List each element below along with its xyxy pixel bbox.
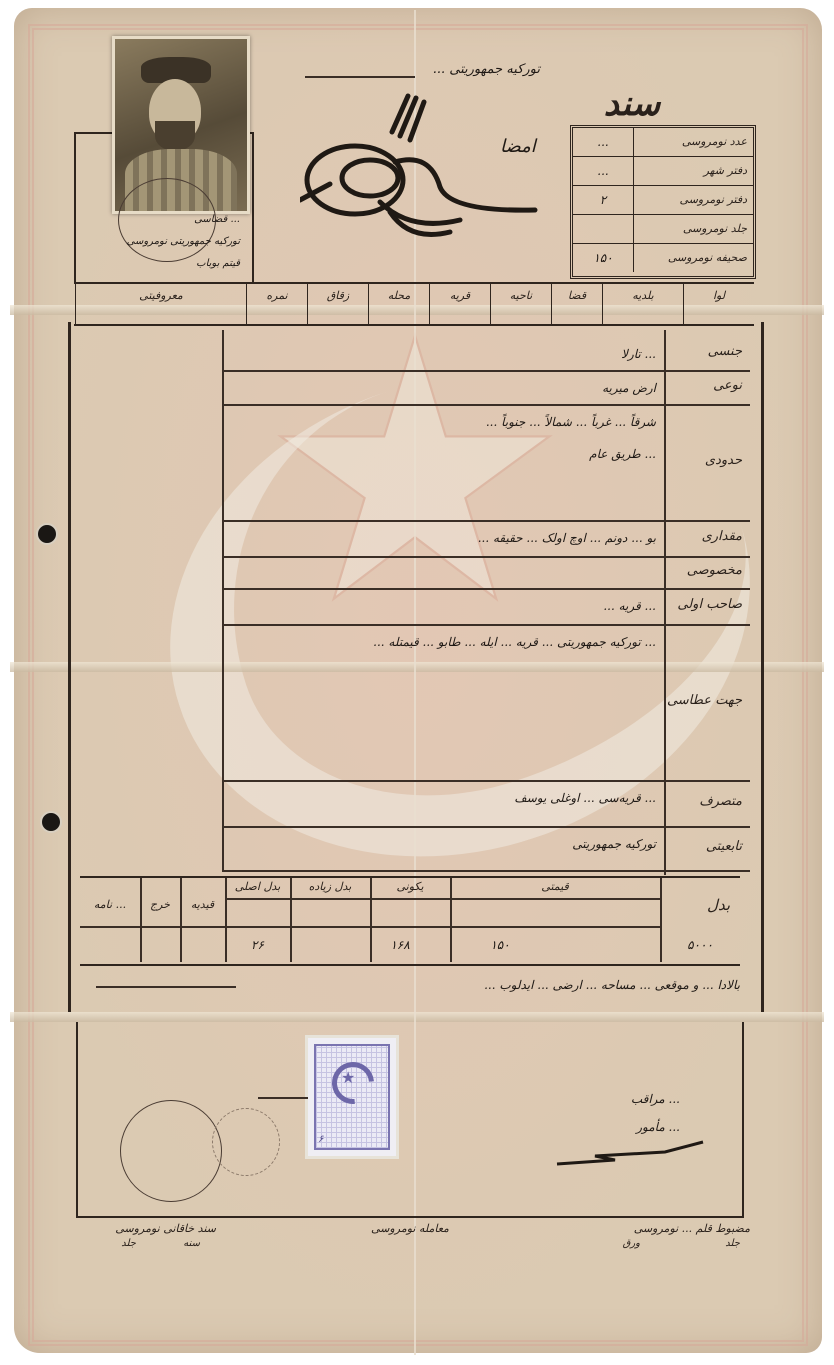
header-underline	[305, 76, 415, 78]
faded-seal	[212, 1108, 280, 1176]
field-row-divider	[222, 556, 750, 558]
location-header: نمره	[246, 284, 307, 324]
footer-center: معامله نومروسی	[360, 1222, 460, 1235]
fold-crease	[10, 1012, 824, 1022]
field-value: ارض میریه	[236, 378, 656, 398]
bedel-value: ۵۰۰۰	[670, 938, 730, 952]
registry-row: ...عدد نومروسی	[573, 128, 753, 157]
registry-row: ۱۵۰صحیفه نومروسی	[573, 244, 753, 272]
location-header: ناحیه	[490, 284, 551, 324]
footer-right: مضبوط قلم ... نومروسی	[580, 1222, 750, 1235]
punch-hole	[40, 811, 62, 833]
value-group-header: قیمتی	[450, 880, 660, 893]
registry-row: ...دفتر شهر	[573, 157, 753, 186]
field-row-divider	[222, 370, 750, 372]
harc-value: ۲۶	[225, 938, 290, 952]
location-header: قریه	[429, 284, 490, 324]
registry-row: ۲دفتر نومروسی	[573, 186, 753, 215]
location-header: معروفیتی	[75, 284, 246, 324]
frame-label-divider	[664, 330, 666, 875]
value-row-label: بدل	[670, 896, 730, 914]
location-header: قضا	[551, 284, 602, 324]
seal-placeholder-circle	[120, 1100, 222, 1202]
subheader-divider	[225, 898, 660, 900]
registry-value	[573, 215, 634, 243]
col-divider	[140, 878, 142, 962]
declaration-text: بالادا ... و موقعی ... مساحه ... ارضی ..…	[250, 978, 740, 992]
svg-text:امضا: امضا	[500, 136, 538, 157]
stamp-denomination: ۶	[318, 1134, 323, 1145]
punch-hole	[36, 523, 58, 545]
col-divider	[180, 878, 182, 962]
registry-label: صحیفه نومروسی	[634, 244, 753, 272]
field-label: متصرف	[672, 794, 742, 809]
revenue-stamp: ★ ۶	[305, 1035, 399, 1159]
field-row-divider	[222, 826, 750, 828]
col-divider	[290, 878, 292, 962]
registry-label: دفتر شهر	[634, 157, 753, 185]
stamp-cancel-line	[258, 1097, 308, 1099]
field-value: ... تارلا	[236, 344, 656, 364]
field-label: حدودی	[672, 453, 742, 468]
field-value: ... قریه‌سی ... اوغلی یوسف	[236, 788, 656, 808]
field-value: شرقاً ... غرباً ... شمالاً ... جنوباً ..…	[236, 412, 656, 432]
footer-left-sub-1: سنه	[160, 1238, 200, 1249]
field-value: ... قریه ...	[236, 596, 656, 616]
registry-value: ...	[573, 128, 634, 156]
footer-right-sub-1: جلد	[700, 1238, 740, 1249]
signature-line-2: ... مأمور	[560, 1120, 680, 1134]
asli-value: ۱۵۰	[450, 938, 550, 952]
field-value: ... تورکیه جمهوریتی ... قریه ... ایله ..…	[236, 632, 656, 652]
signature-line-1: ... مراقب	[560, 1092, 680, 1106]
tughra-emblem: امضا	[300, 92, 540, 252]
field-value: تورکیه جمهوریتی	[236, 834, 656, 854]
field-label: مقداری	[672, 529, 742, 544]
photo-caption-3: قیتم بوباب	[160, 258, 240, 269]
location-header: زقاق	[307, 284, 368, 324]
value-group-header: یکونی	[370, 880, 450, 893]
field-label: صاحب اولی	[672, 597, 742, 612]
location-table: لوابلدیهقضاناحیهقریهمحلهزقاقنمرهمعروفیتی	[74, 282, 754, 326]
extra-column-header: ... نامه	[80, 898, 140, 911]
field-label: جنسی	[672, 344, 742, 359]
extra-column-header: قیدیه	[180, 898, 225, 911]
value-group-header: بدل زیاده	[290, 880, 370, 893]
field-label: نوعی	[672, 378, 742, 393]
registry-value: ۱۵۰	[573, 244, 634, 272]
extra-column-header: خرج	[140, 898, 180, 911]
field-row-divider	[222, 624, 750, 626]
location-header: بلدیه	[602, 284, 683, 324]
location-header: لوا	[683, 284, 754, 324]
footer-right-sub-2: ورق	[600, 1238, 640, 1249]
field-row-divider	[222, 780, 750, 782]
star-icon: ★	[341, 1068, 355, 1087]
signature-scribble	[555, 1140, 705, 1170]
field-label: مخصوصی	[672, 563, 742, 578]
field-row-divider	[222, 404, 750, 406]
field-row-divider	[222, 520, 750, 522]
field-label: تابعیتی	[672, 839, 742, 854]
col-divider	[660, 878, 662, 962]
registry-label: دفتر نومروسی	[634, 186, 753, 214]
values-divider	[80, 926, 660, 928]
field-label: جهت عطاسی	[672, 693, 742, 708]
registry-label: عدد نومروسی	[634, 128, 753, 156]
registry-label: جلد نومروسی	[634, 215, 753, 243]
registry-row: جلد نومروسی	[573, 215, 753, 244]
document-title: سند	[572, 84, 692, 124]
field-row-divider	[222, 870, 750, 872]
footer-left: سند خاقانی نومروسی	[96, 1222, 216, 1235]
location-header: محله	[368, 284, 429, 324]
field-value: ... طریق عام	[236, 444, 656, 464]
field-row-divider	[222, 588, 750, 590]
photo-caption-1: ... قضاسی	[150, 214, 240, 225]
registry-value: ۲	[573, 186, 634, 214]
value-table: بدلقیمتییکونیبدل زیادهبدل اصلی... نامهخر…	[80, 876, 740, 966]
value-group-header: بدل اصلی	[225, 880, 290, 893]
frame-inner-left	[222, 330, 224, 870]
field-value: بو ... دونم ... اوچ اولک ... حقیقه ...	[236, 528, 656, 548]
registry-box: ...عدد نومروسی...دفتر شهر۲دفتر نومروسیجل…	[570, 125, 756, 279]
photo-caption-2: تورکیه جمهوریتی نومروسی	[140, 236, 240, 247]
yekun-value: ۱۶۸	[370, 938, 430, 952]
declaration-dash	[96, 986, 236, 988]
footer-left-sub-2: جلد	[96, 1238, 136, 1249]
header-handwriting: تورکیه جمهوریتی ...	[300, 62, 540, 77]
registry-value: ...	[573, 157, 634, 185]
